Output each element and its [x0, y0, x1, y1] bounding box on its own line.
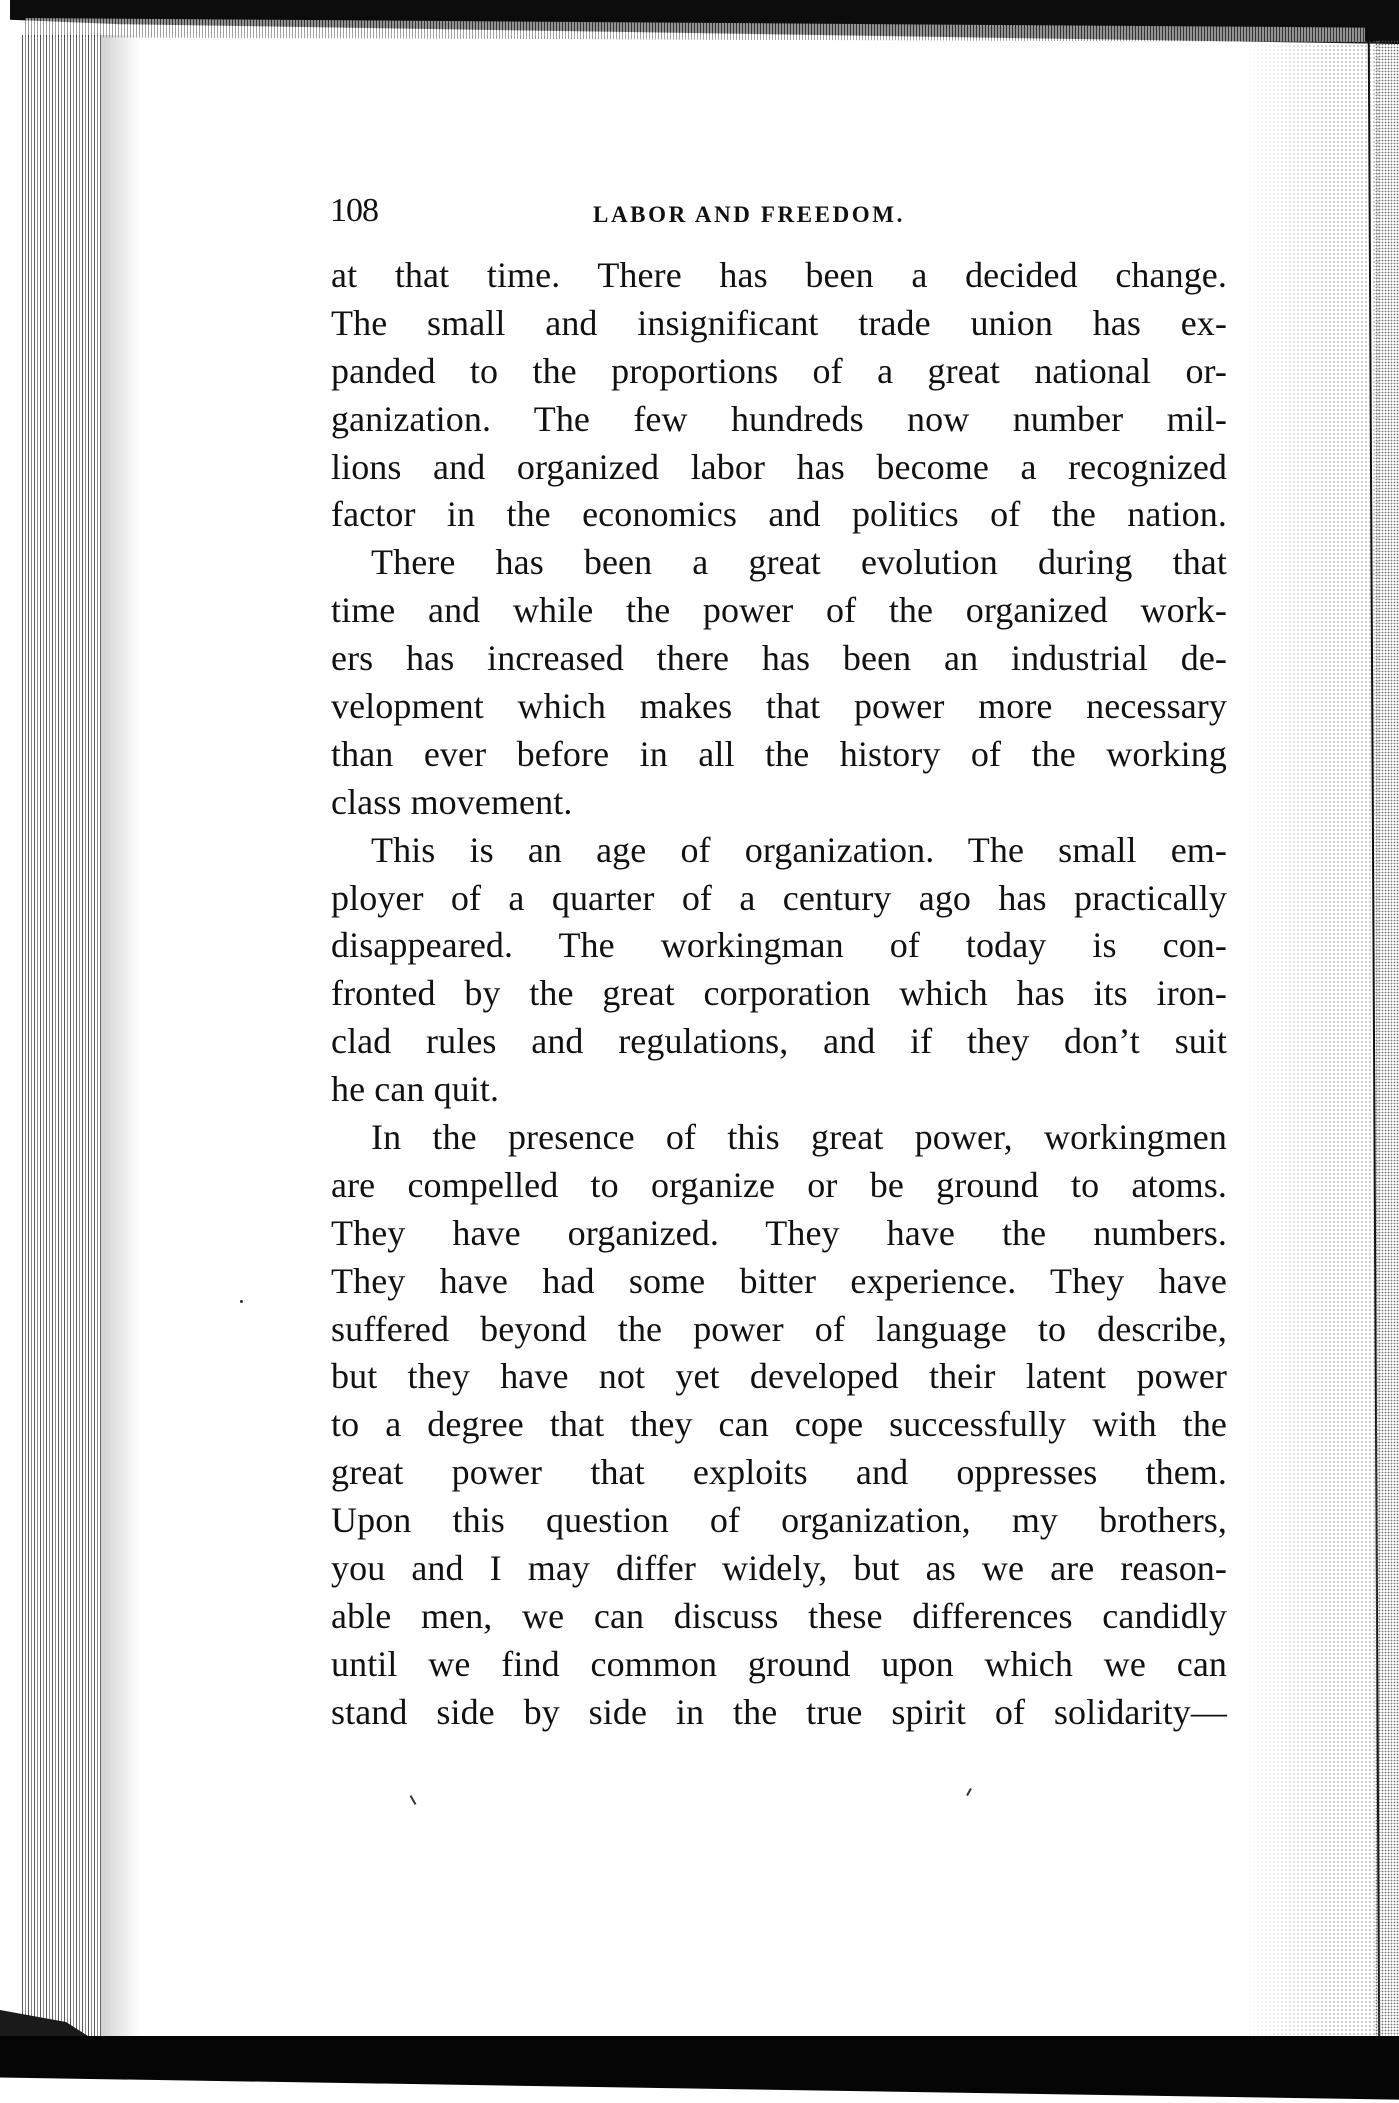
text-line: he can quit.	[331, 1066, 1227, 1114]
text-line: but they have not yet developed their la…	[331, 1353, 1227, 1401]
text-line: In the presence of this great power, wor…	[331, 1114, 1227, 1162]
book-spine-shading	[22, 35, 102, 2045]
text-line: This is an age of organization. The smal…	[331, 827, 1227, 875]
text-line: Upon this question of organization, my b…	[331, 1497, 1227, 1545]
scan-speck	[966, 1788, 972, 1796]
bottom-scan-border	[0, 2036, 1399, 2103]
text-line: class movement.	[331, 779, 1227, 827]
text-line: until we find common ground upon which w…	[331, 1641, 1227, 1689]
scanned-page: 108 LABOR AND FREEDOM. at that time. The…	[0, 0, 1399, 2103]
spine-fade	[100, 35, 140, 2045]
page-number: 108	[330, 193, 378, 229]
text-line: factor in the economics and politics of …	[331, 491, 1227, 539]
text-line: are compelled to organize or be ground t…	[331, 1162, 1227, 1210]
text-line: fronted by the great corporation which h…	[331, 970, 1227, 1018]
text-line: There has been a great evolution during …	[331, 539, 1227, 587]
right-page-edge-shading	[1240, 40, 1380, 2040]
scan-speck	[240, 1300, 243, 1303]
text-line: They have had some bitter experience. Th…	[331, 1258, 1227, 1306]
text-line: clad rules and regulations, and if they …	[331, 1018, 1227, 1066]
text-line: suffered beyond the power of language to…	[331, 1306, 1227, 1354]
text-line: lions and organized labor has become a r…	[331, 444, 1227, 492]
text-line: disappeared. The workingman of today is …	[331, 922, 1227, 970]
running-head: 108 LABOR AND FREEDOM.	[330, 193, 1230, 233]
text-line: at that time. There has been a decided c…	[331, 252, 1227, 300]
text-line: ganization. The few hundreds now number …	[331, 396, 1227, 444]
paragraph-1: at that time. There has been a decided c…	[331, 252, 1227, 539]
body-text: at that time. There has been a decided c…	[331, 252, 1227, 1737]
text-line: to a degree that they can cope successfu…	[331, 1401, 1227, 1449]
text-line: you and I may differ widely, but as we a…	[331, 1545, 1227, 1593]
right-outer-pages	[1375, 40, 1399, 2040]
text-line: ployer of a quarter of a century ago has…	[331, 875, 1227, 923]
scan-speck	[410, 1795, 417, 1805]
text-line: able men, we can discuss these differenc…	[331, 1593, 1227, 1641]
text-line: great power that exploits and oppresses …	[331, 1449, 1227, 1497]
paragraph-4: In the presence of this great power, wor…	[331, 1114, 1227, 1737]
paragraph-2: There has been a great evolution during …	[331, 539, 1227, 826]
running-title: LABOR AND FREEDOM.	[593, 202, 905, 228]
text-line: panded to the proportions of a great nat…	[331, 348, 1227, 396]
text-line: ers has increased there has been an indu…	[331, 635, 1227, 683]
text-line: time and while the power of the organize…	[331, 587, 1227, 635]
text-line: velopment which makes that power more ne…	[331, 683, 1227, 731]
paragraph-3: This is an age of organization. The smal…	[331, 827, 1227, 1114]
text-line: They have organized. They have the numbe…	[331, 1210, 1227, 1258]
text-line: The small and insignificant trade union …	[331, 300, 1227, 348]
text-line: than ever before in all the history of t…	[331, 731, 1227, 779]
text-line: stand side by side in the true spirit of…	[331, 1689, 1227, 1737]
